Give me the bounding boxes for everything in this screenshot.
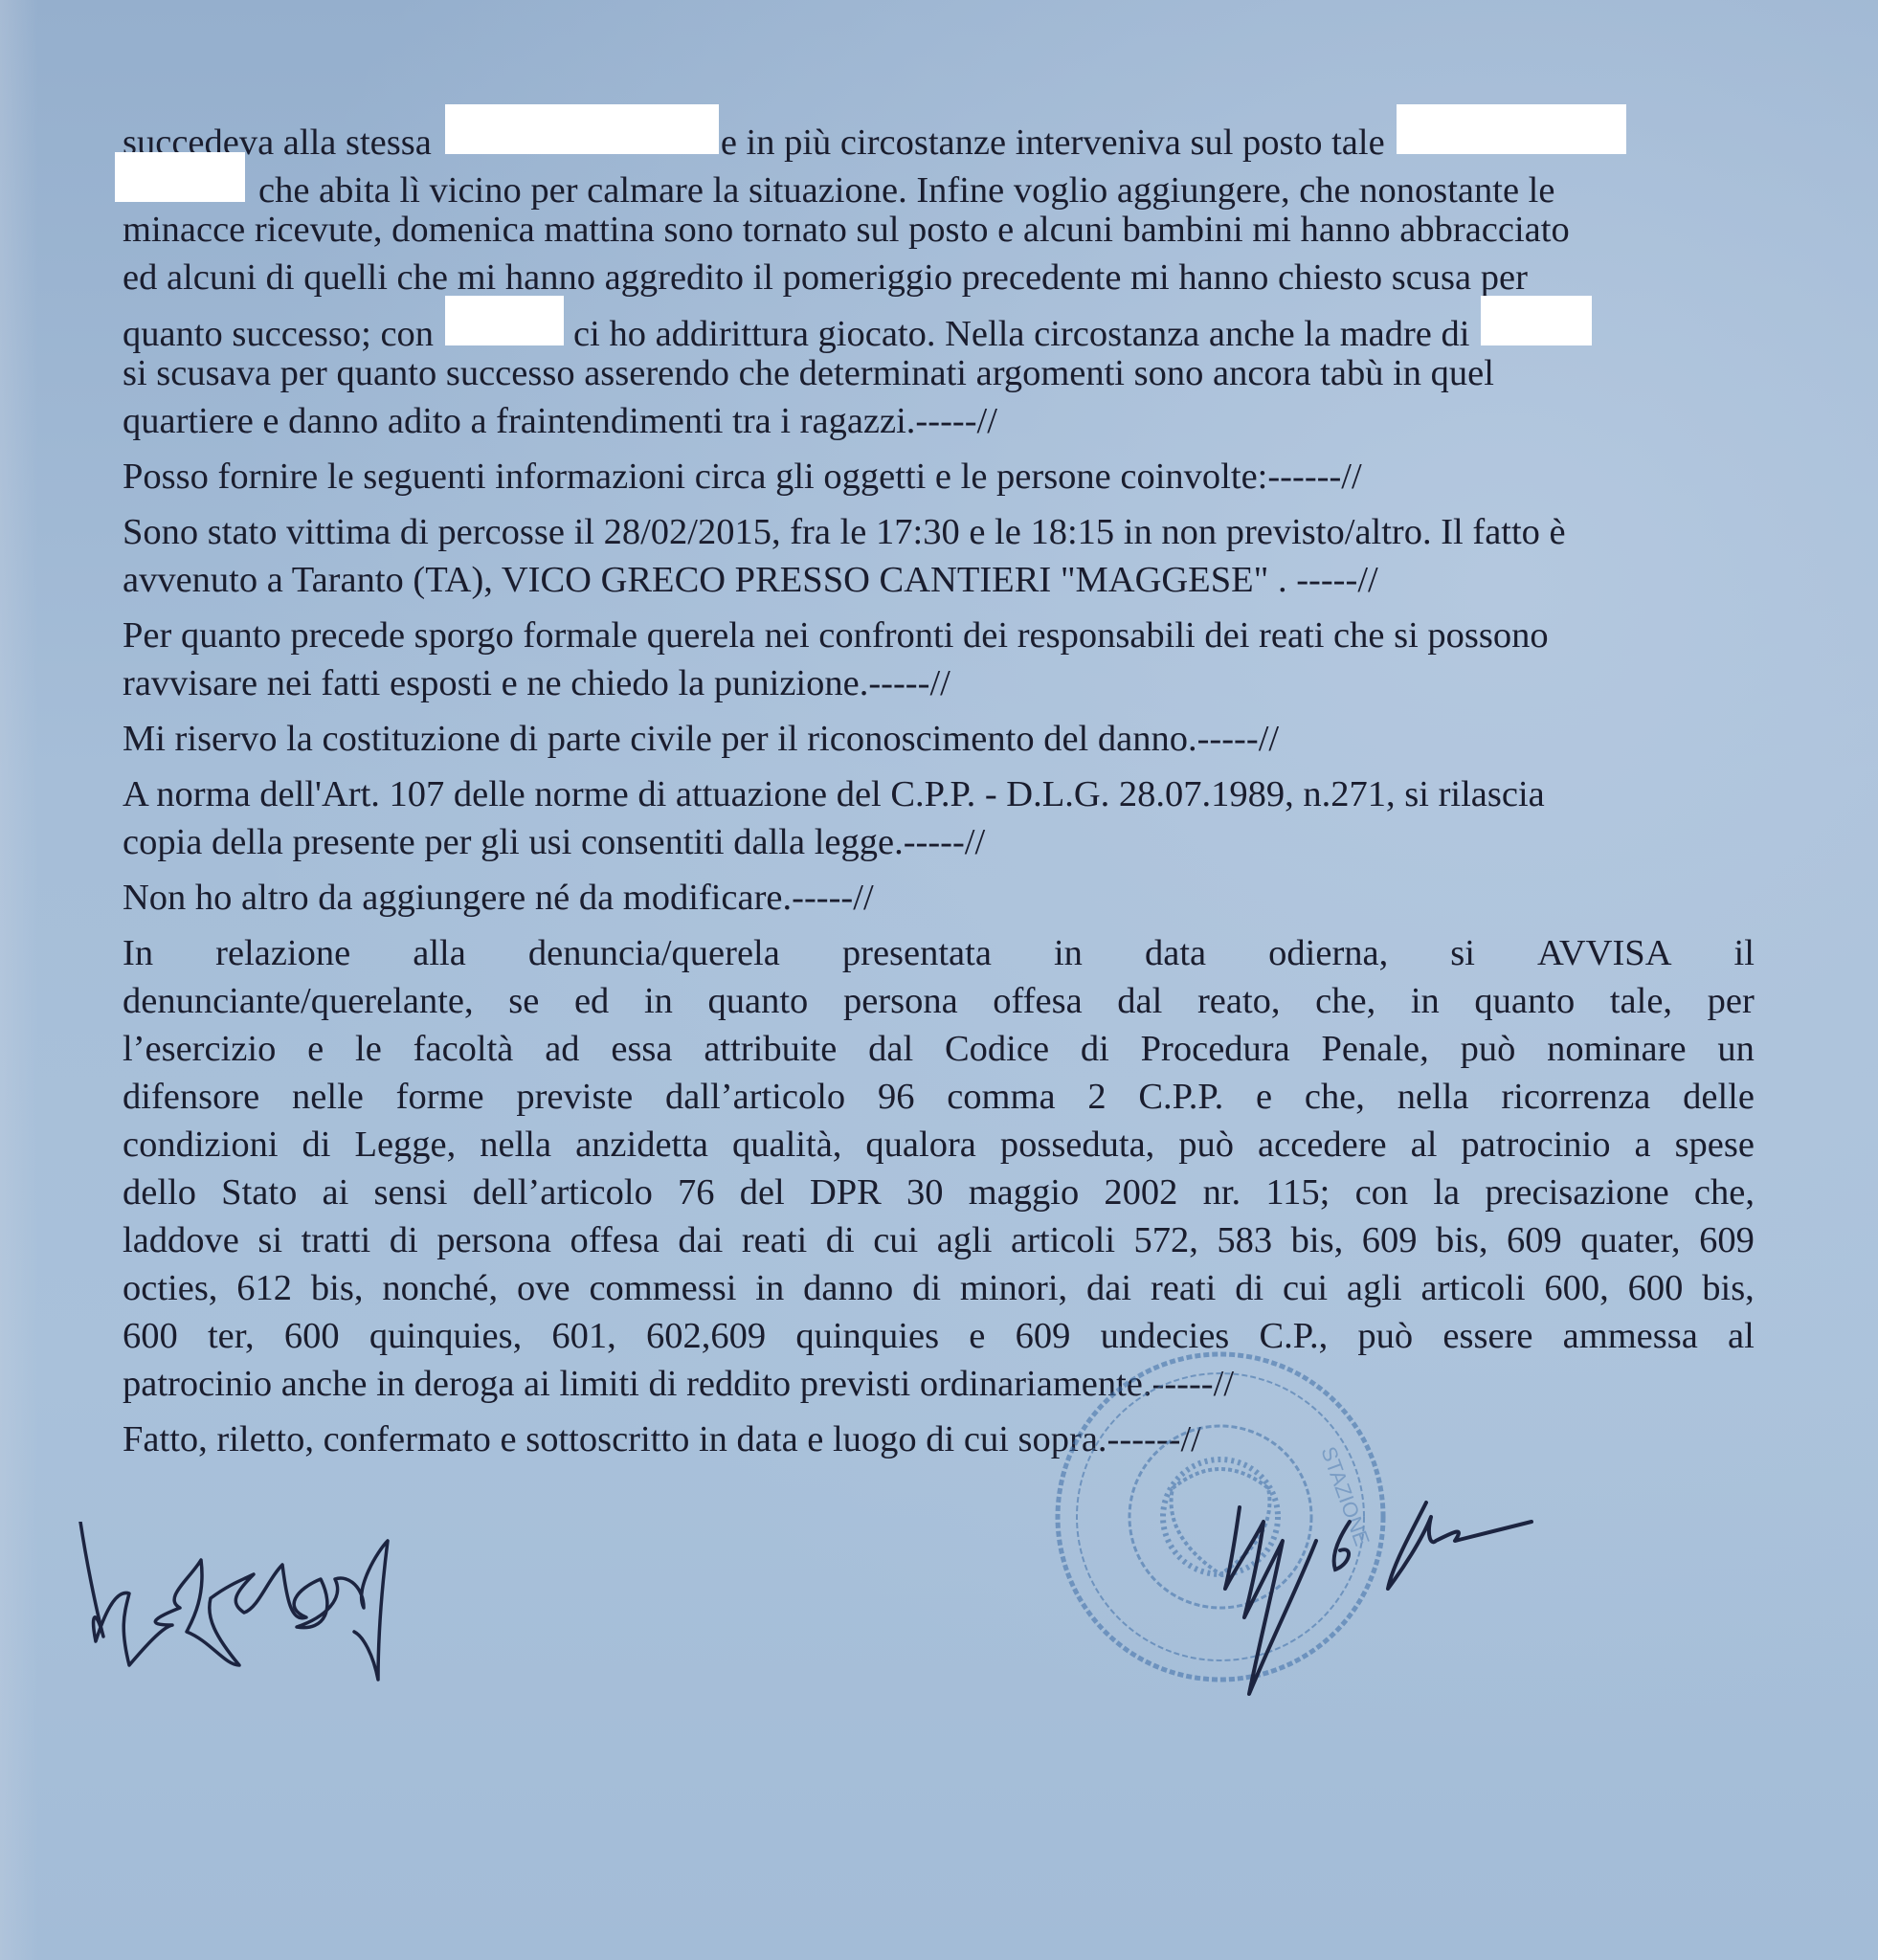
redaction-box [445, 104, 719, 154]
redaction-box [1397, 104, 1626, 154]
text-line: condizionidiLegge,nellaanzidettaqualità,… [123, 1121, 1755, 1169]
officer-signature-icon [1206, 1483, 1685, 1704]
complainant-signature-icon [77, 1522, 421, 1704]
text-line: Mi riservo la costituzione di parte civi… [123, 715, 1755, 763]
redaction-box [1481, 296, 1592, 345]
text-line: patrocinio anche in deroga ai limiti di … [123, 1360, 1755, 1408]
text-line: Inrelazionealladenuncia/querelapresentat… [123, 929, 1755, 977]
text-line: laddovesitrattidipersonaoffesadaireatidi… [123, 1216, 1755, 1264]
paragraph-incident: Sono stato vittima di percosse il 28/02/… [123, 508, 1755, 604]
paragraph-copia: A norma dell'Art. 107 delle norme di att… [123, 770, 1755, 866]
redaction-box [445, 296, 564, 345]
text-line: Sono stato vittima di percosse il 28/02/… [123, 508, 1755, 556]
document-body: succedeva alla stessa e in più circostan… [123, 110, 1755, 1463]
paragraph-info-intro: Posso fornire le seguenti informazioni c… [123, 453, 1755, 501]
text-line: delloStatoaisensidell’articolo76delDPR30… [123, 1169, 1755, 1216]
text-line: 600ter,600quinquies,601,602,609quinquies… [123, 1312, 1755, 1360]
paragraph-nulla-altro: Non ho altro da aggiungere né da modific… [123, 874, 1755, 922]
text-line: succedeva alla stessa e in più circostan… [123, 110, 1755, 158]
text-line: si scusava per quanto successo asserendo… [123, 349, 1755, 397]
text-line: Fatto, riletto, confermato e sottoscritt… [123, 1415, 1755, 1463]
paragraph-parte-civile: Mi riservo la costituzione di parte civi… [123, 715, 1755, 763]
text-line: quanto successo; con ci ho addirittura g… [123, 301, 1755, 349]
text-line: minacce ricevute, domenica mattina sono … [123, 206, 1755, 254]
text-line: ravvisare nei fatti esposti e ne chiedo … [123, 659, 1755, 707]
text-line: ed alcuni di quelli che mi hanno aggredi… [123, 254, 1755, 301]
text-line: octies,612bis,nonché,ovecommessiindannod… [123, 1264, 1755, 1312]
paragraph-chiusura: Fatto, riletto, confermato e sottoscritt… [123, 1415, 1755, 1463]
paragraph-narrative: succedeva alla stessa e in più circostan… [123, 110, 1755, 445]
text-line: quartiere e danno adito a fraintendiment… [123, 397, 1755, 445]
text-line: Non ho altro da aggiungere né da modific… [123, 874, 1755, 922]
redaction-box [115, 152, 245, 202]
paragraph-querela: Per quanto precede sporgo formale querel… [123, 612, 1755, 707]
text-line: copia della presente per gli usi consent… [123, 818, 1755, 866]
paragraph-avviso: Inrelazionealladenuncia/querelapresentat… [123, 929, 1755, 1408]
text-line: difensorenelleformeprevistedall’articolo… [123, 1073, 1755, 1121]
text-line: l’esercizioelefacoltàadessaattribuitedal… [123, 1025, 1755, 1073]
text-line: Per quanto precede sporgo formale querel… [123, 612, 1755, 659]
text-line: denunciante/querelante,seedinquantoperso… [123, 977, 1755, 1025]
text-line: Posso fornire le seguenti informazioni c… [123, 453, 1755, 501]
text-line: A norma dell'Art. 107 delle norme di att… [123, 770, 1755, 818]
text-line: avvenuto a Taranto (TA), VICO GRECO PRES… [123, 556, 1755, 604]
